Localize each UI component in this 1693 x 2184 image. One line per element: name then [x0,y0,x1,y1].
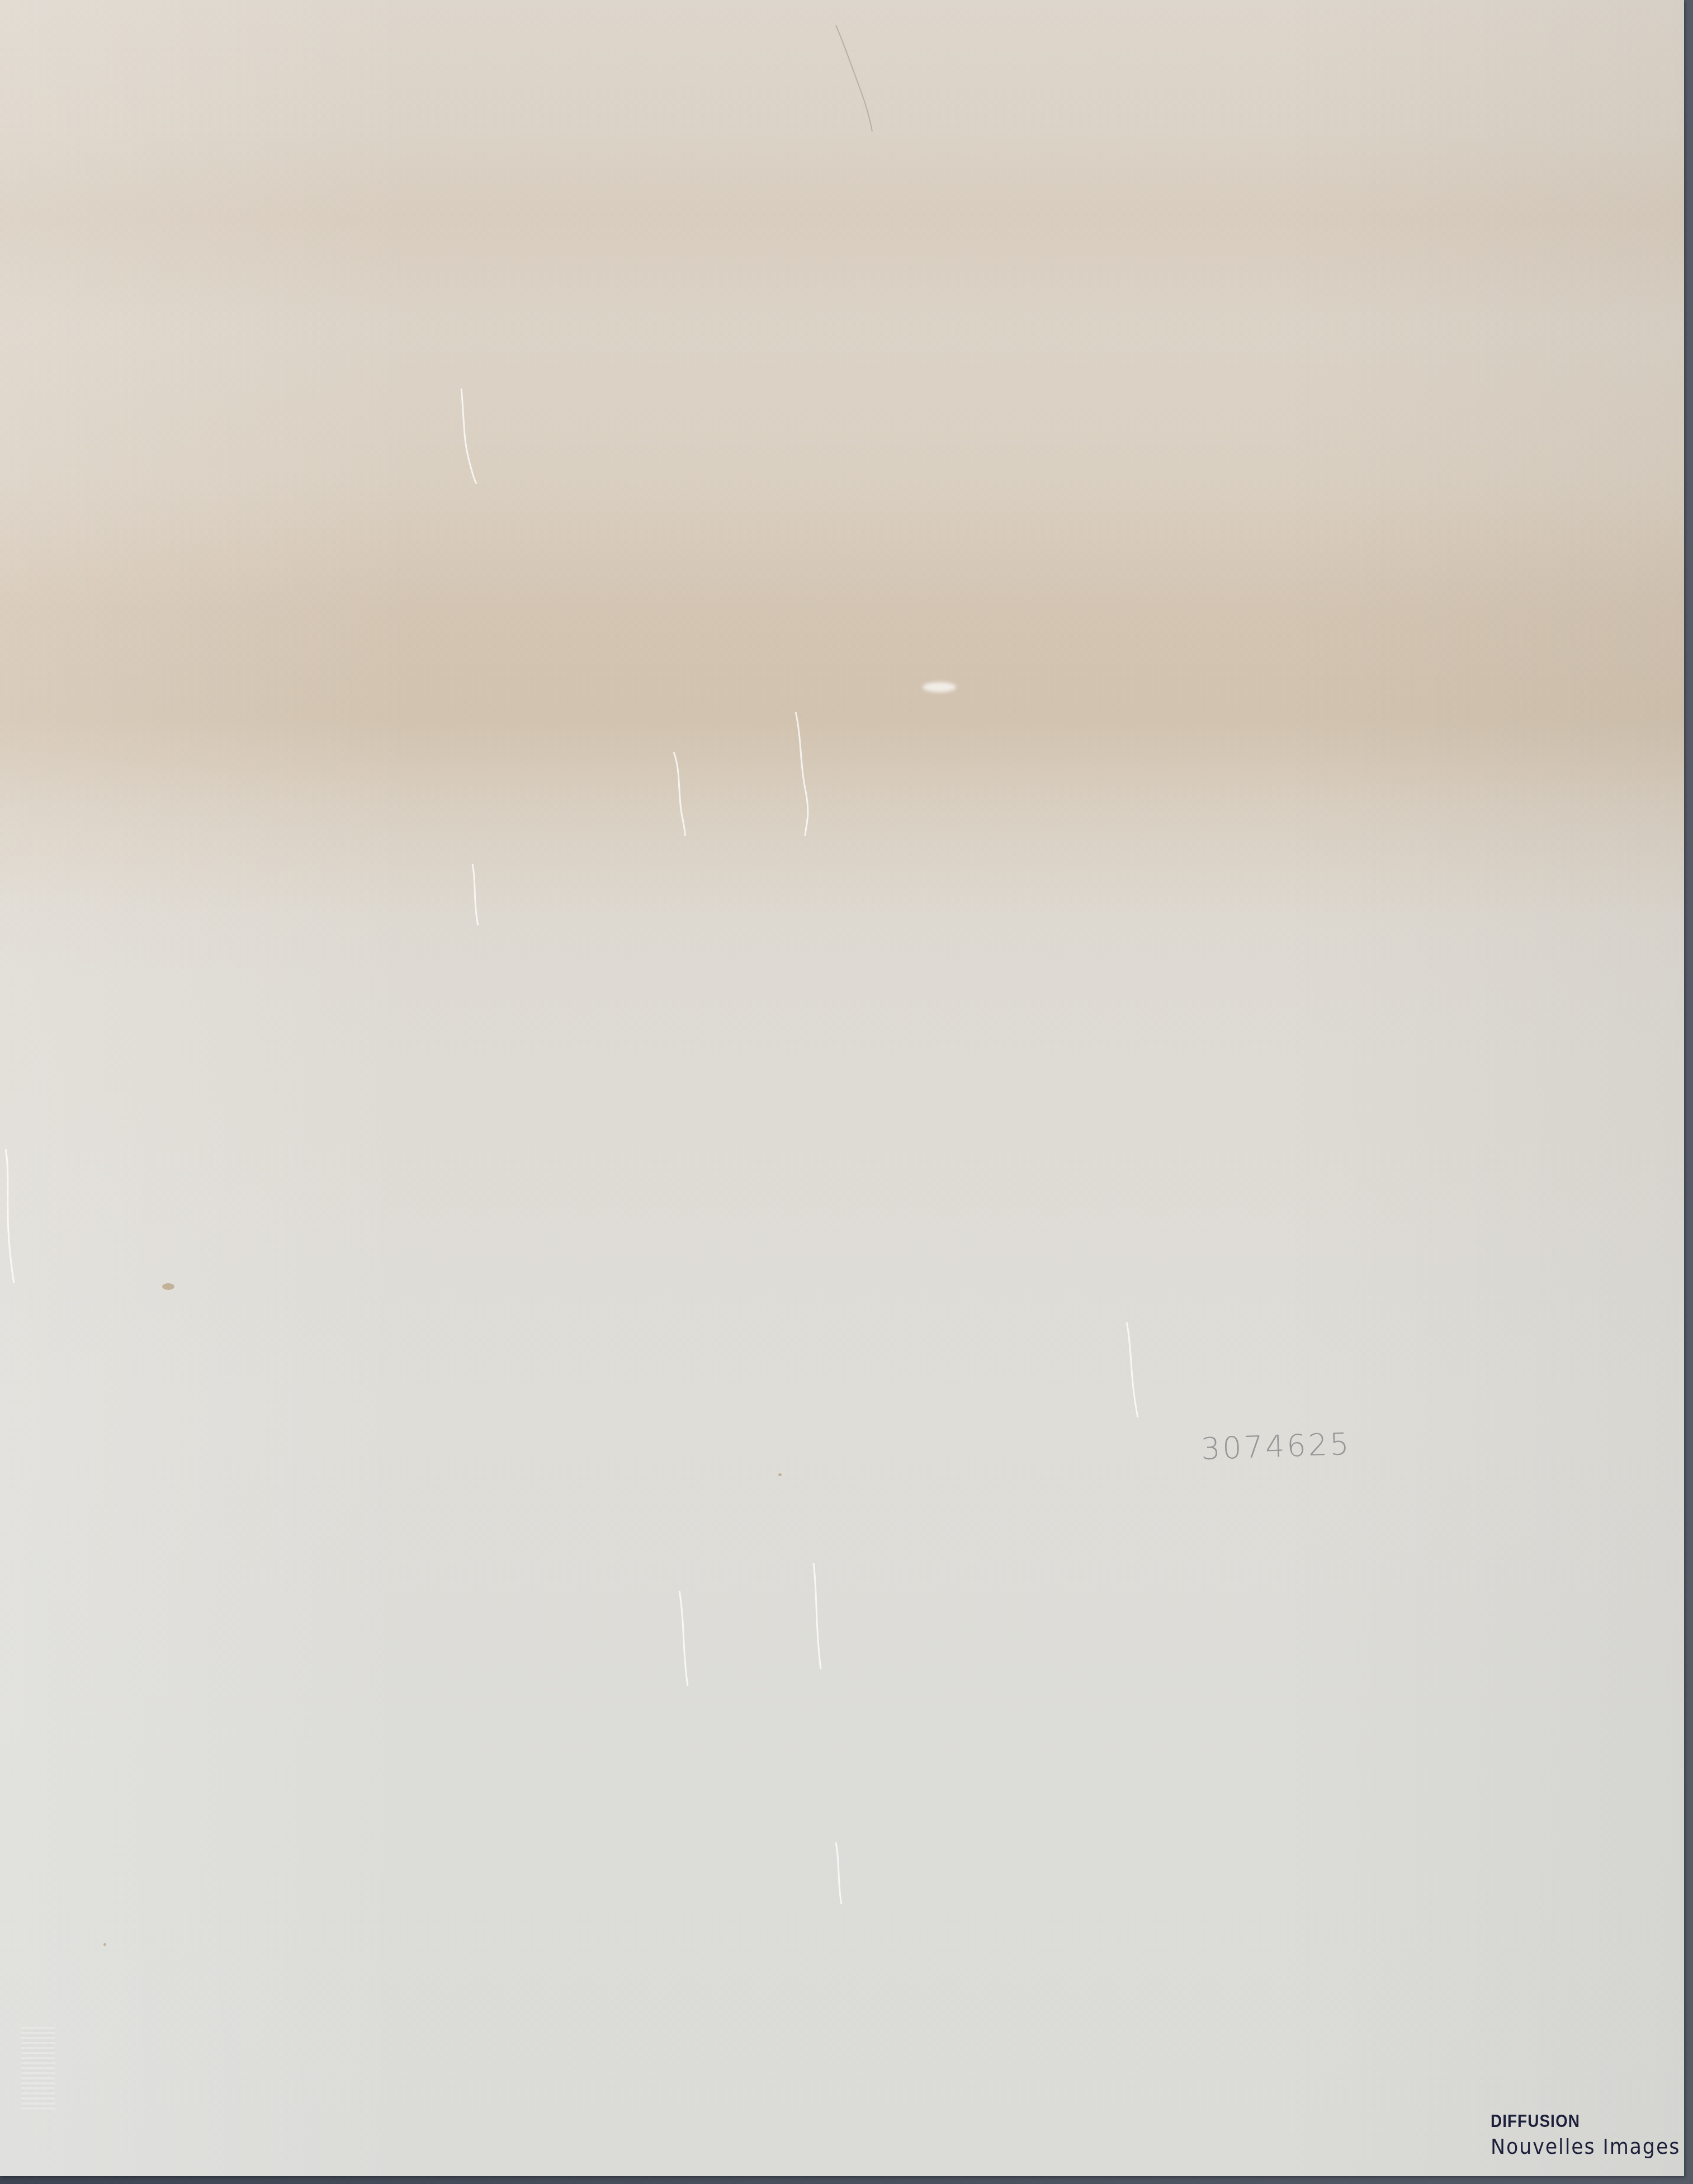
paper-crease [0,1146,28,1286]
paper-crease [833,1840,850,1907]
imprint-label: DIFFUSION [1491,2111,1693,2131]
imprint-publisher-name: Nouvelles Images [1491,2134,1680,2159]
paper-crease [833,22,878,134]
paper-crease [458,386,481,486]
blind-emboss-stamp [21,2027,55,2111]
paper-crease [811,1560,833,1672]
paper-crease [794,710,816,839]
paper-scuff [923,682,956,692]
publisher-imprint: DIFFUSION Nouvelles Images [1491,2111,1693,2159]
paper-crease [677,1588,699,1689]
poster-back-sheet: 3074625 DIFFUSION Nouvelles Images [0,0,1684,2176]
paper-speck [162,1283,174,1290]
paper-crease [671,749,693,839]
paper-crease [470,861,486,928]
pencil-inventory-number: 3074625 [1200,1426,1352,1467]
paper-speck [103,1943,106,1946]
paper-speck [778,1473,782,1476]
paper-crease [1124,1320,1146,1420]
